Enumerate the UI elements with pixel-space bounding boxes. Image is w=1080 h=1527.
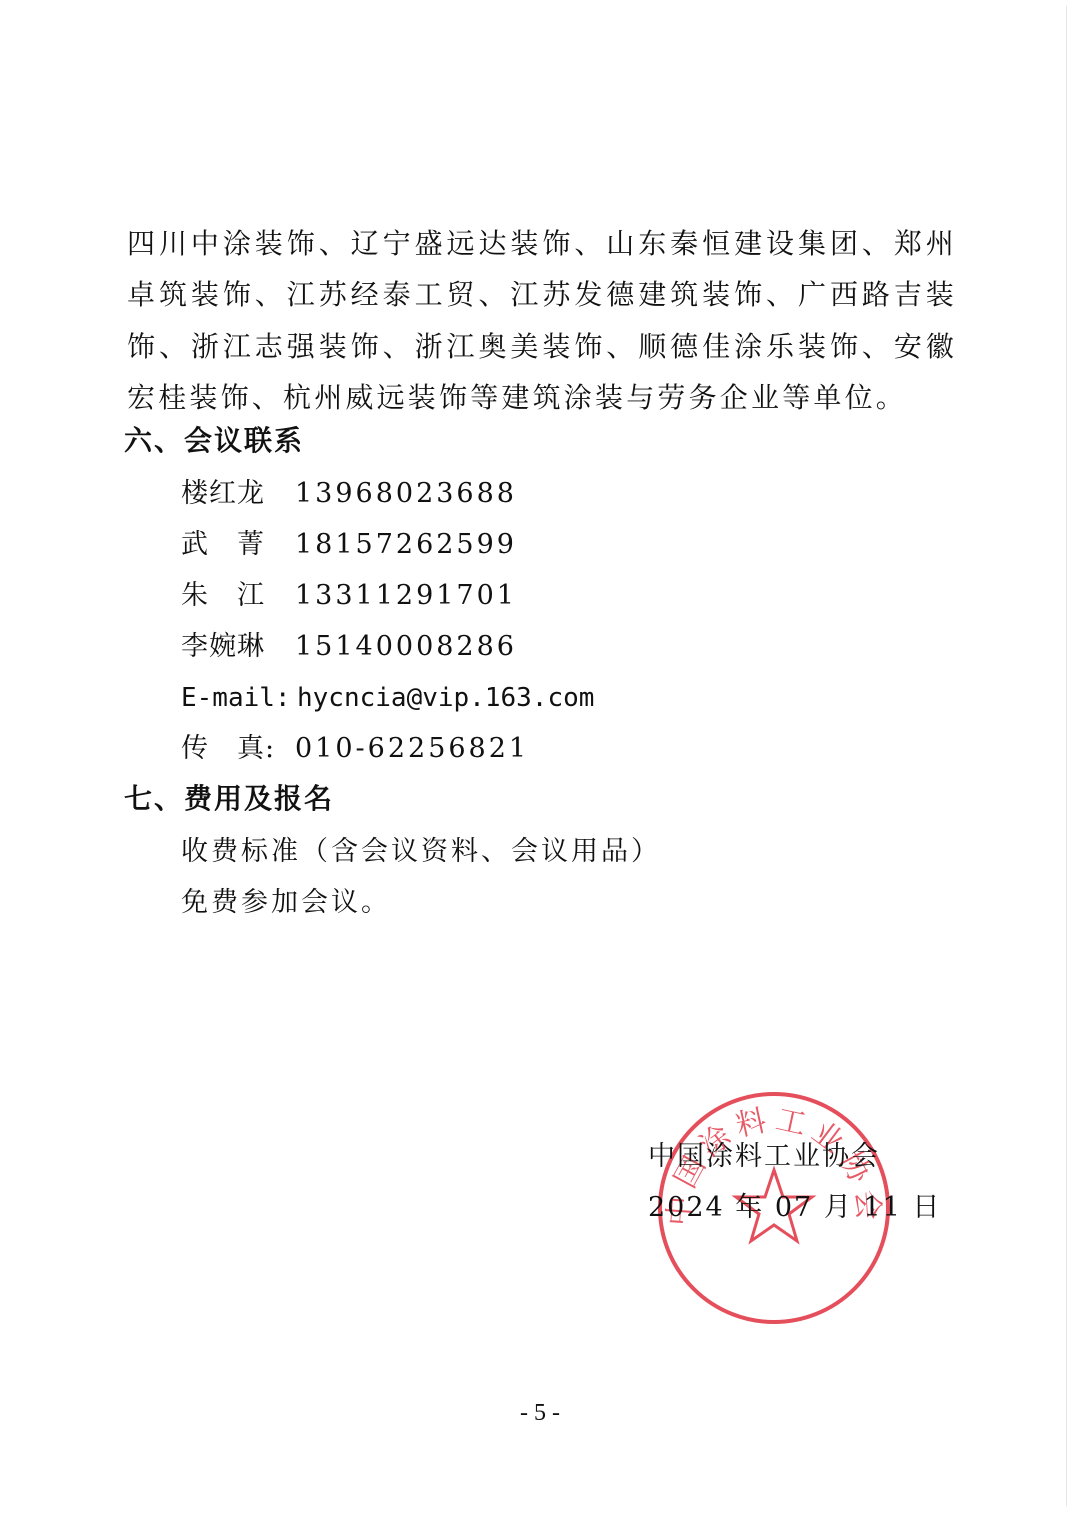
email-address: hycncia@vip.163.com: [297, 678, 594, 718]
contact-phone: 15140008286: [295, 627, 517, 667]
fee-standard-line: 收费标准（含会议资料、会议用品）: [181, 832, 661, 872]
fee-free-line: 免费参加会议。: [181, 883, 391, 923]
contact-phone: 13311291701: [295, 576, 517, 616]
contact-row: 李婉琳15140008286: [181, 627, 517, 667]
fax-number: 010-62256821: [295, 729, 529, 769]
contact-phone: 18157262599: [295, 525, 517, 565]
page-number: - 5 -: [0, 1400, 1080, 1427]
email-label: E-mail:: [181, 678, 297, 718]
contact-name: 楼红龙: [181, 474, 295, 514]
contact-name: 李婉琳: [181, 627, 295, 667]
contact-row: 楼红龙13968023688: [181, 474, 517, 514]
section-heading-contact: 六、会议联系: [124, 421, 304, 461]
participant-list-paragraph: 四川中涂装饰、辽宁盛远达装饰、山东秦恒建设集团、郑州卓筑装饰、江苏经泰工贸、江苏…: [127, 218, 957, 424]
contact-row: 朱 江13311291701: [181, 576, 517, 616]
section-heading-fees: 七、费用及报名: [124, 779, 334, 819]
signature-date: 2024 年 07 月 11 日: [648, 1190, 941, 1226]
scan-edge-line: [1066, 6, 1067, 1506]
contact-phone: 13968023688: [295, 474, 517, 514]
document-page: 四川中涂装饰、辽宁盛远达装饰、山东秦恒建设集团、郑州卓筑装饰、江苏经泰工贸、江苏…: [0, 0, 1080, 1527]
fax-row: 传 真:010-62256821: [181, 729, 529, 769]
contact-name: 朱 江: [181, 576, 295, 616]
fax-label: 传 真:: [181, 729, 295, 769]
contact-row: 武 菁18157262599: [181, 525, 517, 565]
email-row: E-mail:hycncia@vip.163.com: [181, 678, 594, 718]
signature-organization: 中国涂料工业协会: [648, 1139, 880, 1175]
contact-name: 武 菁: [181, 525, 295, 565]
